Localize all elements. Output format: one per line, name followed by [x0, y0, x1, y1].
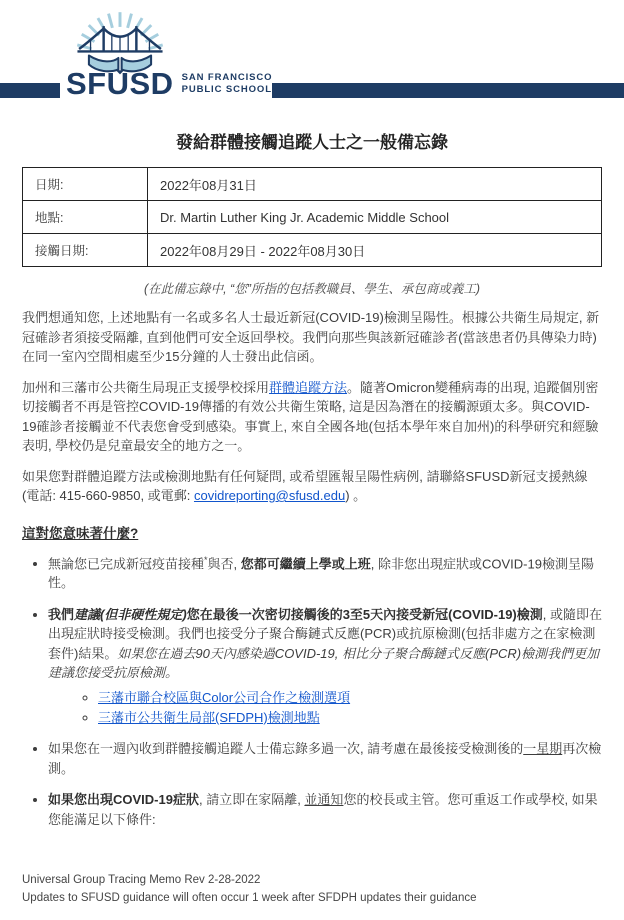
table-row-date: 日期: 2022年08月31日: [23, 168, 602, 201]
logo-wordmark: SFUSD SAN FRANCISCO PUBLIC SCHOOLS: [66, 68, 279, 99]
header: SFUSD SAN FRANCISCO PUBLIC SCHOOLS: [0, 0, 624, 102]
sfusd-wordmark: SFUSD: [66, 68, 174, 99]
date-value: 2022年08月31日: [148, 168, 602, 201]
text-segment: 與否,: [208, 556, 241, 571]
intro-paragraph: 我們想通知您, 上述地點有一名或多名人士最近新冠(COVID-19)檢測呈陽性。…: [22, 308, 602, 367]
text-segment: 如果您在一週內收到群體接觸追蹤人士備忘錄多過一次, 請考慮在最後接受檢測後的: [48, 741, 523, 756]
sfdph-testing-sites-link[interactable]: 三藩市公共衛生局部(SFDPH)檢測地點: [98, 710, 320, 725]
text-segment: ) 。: [345, 488, 366, 503]
location-label: 地點:: [23, 201, 148, 234]
text-segment: 加州和三藩市公共衛生局現正支援學校採用: [22, 380, 269, 395]
list-item: 三藩市聯合校區與Color公司合作之檢測選項: [98, 689, 602, 707]
text-segment-bold: 我們: [48, 607, 74, 622]
footer: Universal Group Tracing Memo Rev 2-28-20…: [0, 872, 624, 920]
bullet-testing-recommendation: 我們建議(但非硬性規定)您在最後一次密切接觸後的3至5天內接受新冠(COVID-…: [48, 605, 602, 727]
exposure-dates-value: 2022年08月29日 - 2022年08月30日: [148, 234, 602, 267]
text-segment-underline: 一星期: [523, 741, 562, 756]
table-row-exposure-dates: 接觸日期: 2022年08月29日 - 2022年08月30日: [23, 234, 602, 267]
logo-subtext: SAN FRANCISCO PUBLIC SCHOOLS: [182, 72, 280, 96]
text-segment: , 請立即在家隔離,: [199, 792, 304, 807]
footer-guidance-line: Updates to SFUSD guidance will often occ…: [22, 890, 602, 908]
bullet-list: 無論您已完成新冠疫苗接種*與否, 您都可繼續上學或上班, 除非您出現症狀或COV…: [22, 554, 602, 830]
text-segment-bold: 您都可繼續上學或上班: [241, 556, 371, 571]
bullet-multiple-memos: 如果您在一週內收到群體接觸追蹤人士備忘錄多過一次, 請考慮在最後接受檢測後的一星…: [48, 739, 602, 778]
location-value: Dr. Martin Luther King Jr. Academic Midd…: [148, 201, 602, 234]
definition-note: (在此備忘錄中, “您”所指的包括教職員、學生、承包商或義工): [22, 279, 602, 297]
text-segment-bold: 您在最後一次密切接觸後的3至5天內接受新冠(COVID-19)檢測: [187, 607, 543, 622]
date-label: 日期:: [23, 168, 148, 201]
contact-paragraph: 如果您對群體追蹤方法或檢測地點有任何疑問, 或希望匯報呈陽性病例, 請聯絡SFU…: [22, 467, 602, 506]
logo-subtext-line1: SAN FRANCISCO: [182, 72, 280, 84]
text-segment: 我們想通知您, 上述地點有一名或多名人士最近新冠(COVID-19)檢測呈陽性。…: [22, 310, 599, 364]
bullet-vaccination-status: 無論您已完成新冠疫苗接種*與否, 您都可繼續上學或上班, 除非您出現症狀或COV…: [48, 554, 602, 593]
color-testing-options-link[interactable]: 三藩市聯合校區與Color公司合作之檢測選項: [98, 690, 350, 705]
bullet-symptoms: 如果您出現COVID-19症狀, 請立即在家隔離, 並通知您的校長或主管。您可重…: [48, 790, 602, 829]
footer-revision-line: Universal Group Tracing Memo Rev 2-28-20…: [22, 872, 602, 890]
memo-content: 發給群體接觸追蹤人士之一般備忘錄 日期: 2022年08月31日 地點: Dr.…: [0, 102, 624, 841]
table-row-location: 地點: Dr. Martin Luther King Jr. Academic …: [23, 201, 602, 234]
exposure-dates-label: 接觸日期:: [23, 234, 148, 267]
memo-page: SFUSD SAN FRANCISCO PUBLIC SCHOOLS 發給群體接…: [0, 0, 624, 920]
memo-title: 發給群體接觸追蹤人士之一般備忘錄: [22, 128, 602, 153]
logo-subtext-line2: PUBLIC SCHOOLS: [182, 84, 280, 96]
text-segment-italic: 如果您在過去90天內感染過COVID-19, 相比分子聚合酶鏈式反應(PCR)檢…: [48, 646, 599, 681]
text-segment-bold-italic: 建議(但非硬性規定): [74, 607, 187, 622]
list-item: 三藩市公共衛生局部(SFDPH)檢測地點: [98, 709, 602, 727]
what-this-means-heading: 這對您意味著什麼?: [22, 522, 602, 542]
text-segment: 無論您已完成新冠疫苗接種: [48, 556, 204, 571]
covid-reporting-email-link[interactable]: covidreporting@sfusd.edu: [194, 488, 345, 503]
header-bar-right: [272, 83, 624, 98]
text-segment-bold: 如果您出現COVID-19症狀: [48, 792, 199, 807]
group-tracing-paragraph: 加州和三藩市公共衛生局現正支援學校採用群體追蹤方法。隨著Omicron變種病毒的…: [22, 378, 602, 456]
info-table: 日期: 2022年08月31日 地點: Dr. Martin Luther Ki…: [22, 167, 602, 267]
header-bar-left: [0, 83, 60, 98]
testing-links-list: 三藩市聯合校區與Color公司合作之檢測選項 三藩市公共衛生局部(SFDPH)檢…: [84, 689, 602, 727]
text-segment-underline: 並通知: [304, 792, 343, 807]
group-tracing-link[interactable]: 群體追蹤方法: [269, 380, 347, 395]
